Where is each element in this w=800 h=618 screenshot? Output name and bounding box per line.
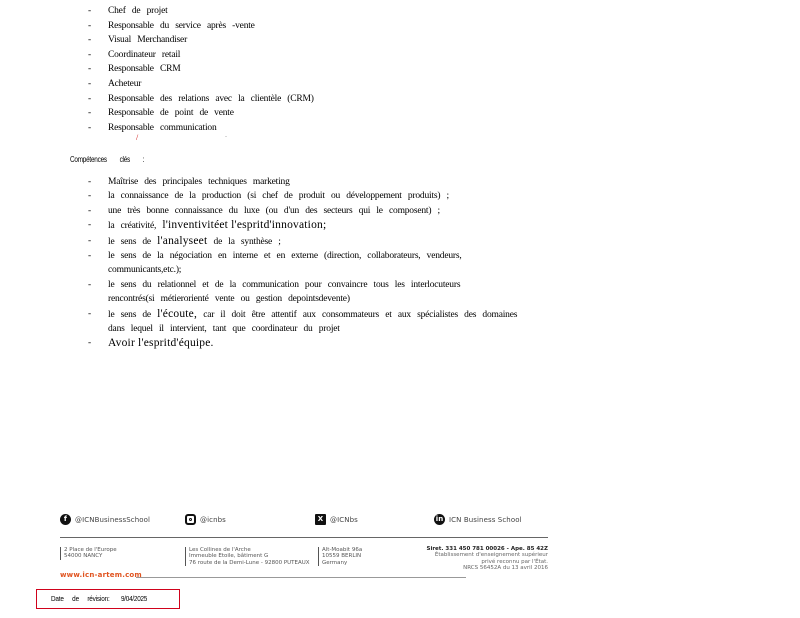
revision-date-box: Date de révision: 9/04/2025 [36,589,180,609]
list-item: -Responsable de point de vente [88,106,314,121]
jobs-list: -Chef de projet -Responsable du service … [88,4,314,135]
list-item: -Responsable du service après -vente [88,19,314,34]
bullet-dash: - [88,62,91,77]
bullet-dash: - [88,77,91,92]
bullet-dash: - [88,4,91,19]
bullet-dash: - [88,175,91,189]
list-item: -Visual Merchandiser [88,33,314,48]
website-link[interactable]: www.icn-artem.com [60,571,142,579]
bullet-dash: - [88,19,91,34]
list-item: -le sens de la négociation en interne et… [88,249,518,278]
list-item: -Responsable des relations avec la clien… [88,92,314,107]
legal-info: Siret. 331 450 781 00026 - Ape. 85 42Z É… [427,546,549,572]
list-item: -la créativité, l'inventivitéet l'esprit… [88,218,518,233]
address-nancy: 2 Place de l'Europe 54000 NANCY [60,547,117,560]
linkedin-icon: in [434,514,445,525]
bullet-dash: - [88,336,91,350]
bullet-dash: - [88,218,91,232]
list-item: -Chef de projet [88,4,314,19]
social-instagram[interactable]: @icnbs [185,514,226,525]
social-facebook[interactable]: f @ICNBusinessSchool [60,514,150,525]
bullet-dash: - [88,92,91,107]
social-x[interactable]: X @ICNbs [315,514,358,525]
stray-mark: / [136,133,138,142]
website-divider [136,577,466,578]
bullet-dash: - [88,234,91,248]
address-berlin: Alt-Moabit 96a 10559 BERLIN Germany [318,547,362,566]
revision-value: 9/04/2025 [121,590,147,607]
bullet-dash: - [88,121,91,136]
address-paris: Les Collines de l'Arche Immeuble Etoile,… [185,547,310,566]
list-item: -une très bonne connaissance du luxe (ou… [88,204,518,218]
instagram-icon [185,514,196,525]
document-page: -Chef de projet -Responsable du service … [0,0,800,618]
bullet-dash: - [88,189,91,203]
list-item: -le sens de l'analyseet de la synthèse ; [88,234,518,249]
bullet-dash: - [88,307,91,321]
list-item: -le sens de l'écoute, car il doit être a… [88,307,518,337]
bullet-dash: - [88,249,91,263]
list-item: -le sens du relationnel et de la communi… [88,278,518,307]
stray-dot: . [225,130,227,139]
skills-list: -Maîtrise des principales techniques mar… [88,175,518,352]
social-linkedin[interactable]: in ICN Business School [434,514,522,525]
list-item: -Responsable communication [88,121,314,136]
list-item: -Responsable CRM [88,62,314,77]
facebook-icon: f [60,514,71,525]
list-item: -Acheteur [88,77,314,92]
list-item: -Coordinateur retail [88,48,314,63]
list-item: -Maîtrise des principales techniques mar… [88,175,518,189]
x-twitter-icon: X [315,514,326,525]
bullet-dash: - [88,204,91,218]
bullet-dash: - [88,106,91,121]
social-links: f @ICNBusinessSchool @icnbs X @ICNbs in … [60,514,548,530]
bullet-dash: - [88,278,91,292]
list-item: -la connaissance de la production (si ch… [88,189,518,203]
bullet-dash: - [88,48,91,63]
footer-divider [60,537,548,538]
revision-label: Date de révision: [51,590,110,607]
list-item: -Avoir l'espritd'équipe. [88,336,518,351]
bullet-dash: - [88,33,91,48]
section-title: Compétences clés : [70,155,144,164]
